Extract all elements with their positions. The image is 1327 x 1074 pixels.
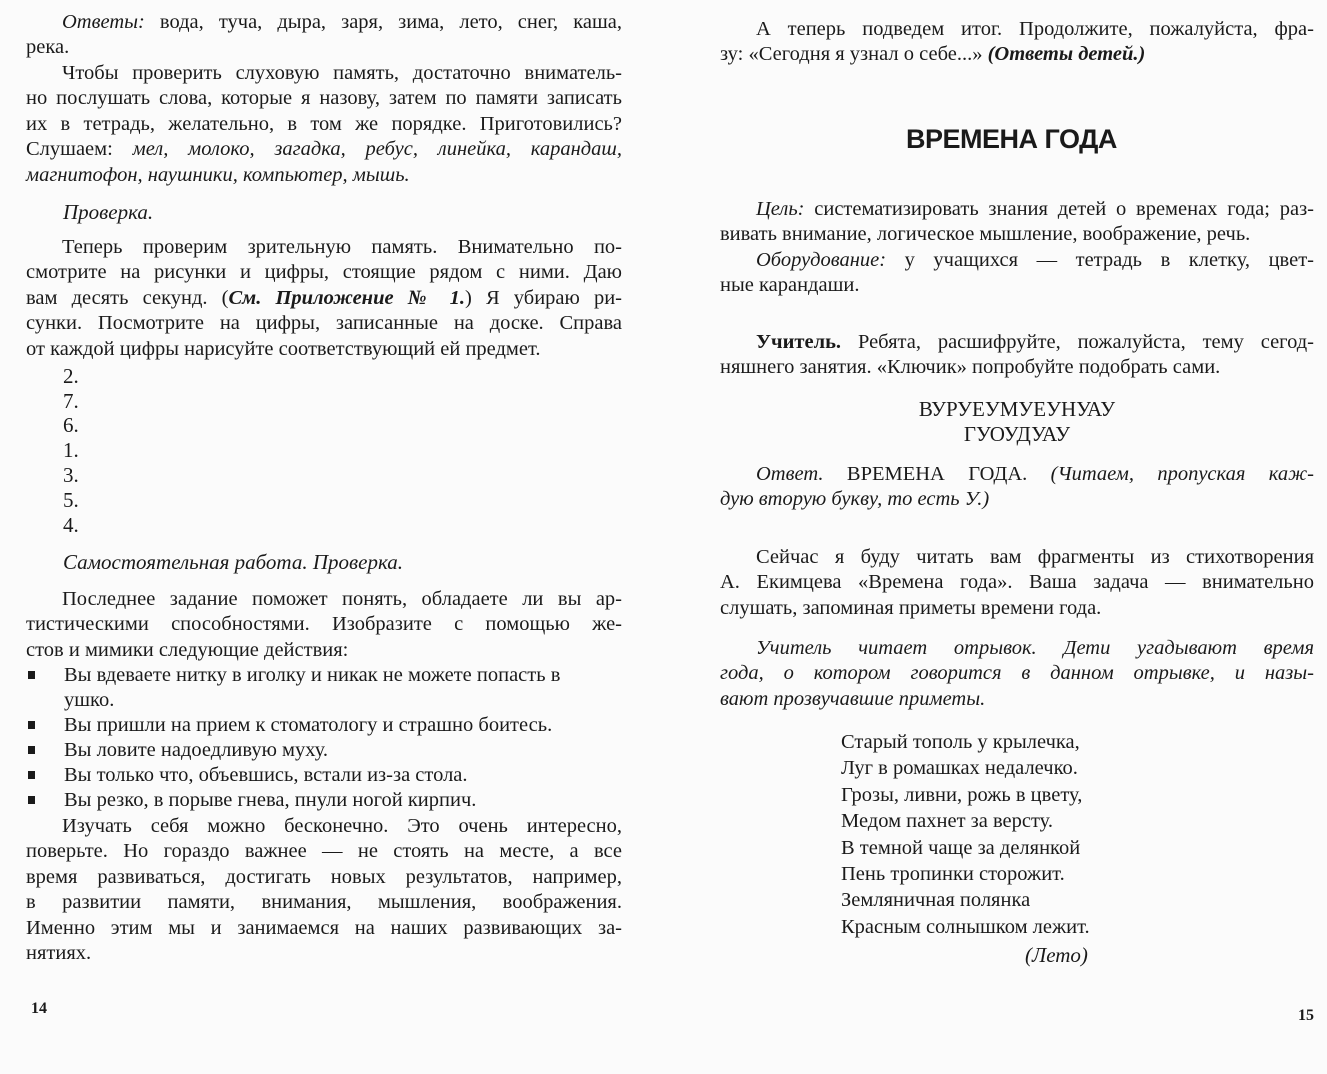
equipment-label: Оборудование: [756,249,886,271]
number-item: 5. [63,488,79,513]
number-item: 7. [63,389,79,414]
summary-paragraph: А теперь подведем итог. Продолжите, пожа… [720,17,1314,68]
answer-paragraph: Ответ. ВРЕМЕНА ГОДА. (Читаем, пропуская … [720,462,1314,513]
poem-line: Земляничная полянка [841,887,1171,913]
closing-paragraph: Изучать себя можно бесконечно. Это очень… [26,814,622,966]
poem-line: Пень тропинки сторожит. [841,861,1171,887]
last-task-paragraph: Последнее задание поможет понять, облада… [26,587,622,663]
check-heading: Проверка. [63,200,153,225]
section-title: ВРЕМЕНА ГОДА [906,124,1117,155]
bullet-icon [28,721,35,729]
answers-label: Ответы: [62,11,145,33]
number-item: 2. [63,364,79,389]
number-item: 4. [63,513,79,538]
number-item: 1. [63,438,79,463]
poem-line: Грозы, ливни, рожь в цвету, [841,782,1171,808]
poem-answer: (Лето) [1025,943,1088,968]
self-work-heading: Самостоятельная работа. Проверка. [63,550,403,575]
bullet-icon [28,671,35,679]
poem-line: Луг в ромашках недалечко. [841,755,1171,781]
poem-line: Красным солнышком лежит. [841,914,1171,940]
poem-line: Медом пахнет за версту. [841,808,1171,834]
teacher-paragraph: Учитель. Ребята, расшифруйте, пожалуйста… [720,330,1314,381]
poem-line: В темной чаще за делянкой [841,835,1171,861]
page-number: 15 [1298,1007,1314,1025]
goal-paragraph: Цель: систематизировать знания детей о в… [720,197,1314,299]
left-page: Ответы: вода, туча, дыра, заря, зима, ле… [0,0,660,1074]
hearing-paragraph: Чтобы проверить слуховую память, достато… [26,61,622,188]
bullet-icon [28,771,35,779]
cipher-line: ВУРУЕУМУЕУНУАУ [720,397,1314,422]
cipher-line: ГУОУДУАУ [720,422,1314,447]
word-list: мел, молоко, загадка, ребус, линейка, ка… [133,138,622,160]
number-item: 3. [63,463,79,488]
instruction-paragraph: Учитель читает отрывок. Дети угадывают в… [720,636,1314,712]
number-item: 6. [63,413,79,438]
poem-line: Старый тополь у крылечка, [841,729,1171,755]
appendix-reference: См. Приложение № 1. [229,287,466,309]
page-number: 14 [31,1000,47,1018]
poem: Старый тополь у крылечка, Луг в ромашках… [841,729,1171,940]
intro-paragraph: Сейчас я буду читать вам фрагменты из ст… [720,545,1314,621]
goal-label: Цель: [756,198,805,220]
teacher-label: Учитель. [756,331,841,353]
visual-paragraph: Теперь проверим зрительную память. Внима… [26,235,622,362]
bullet-icon [28,746,35,754]
bullet-icon [28,796,35,804]
answer-label: Ответ. [756,463,824,485]
answers-paragraph: Ответы: вода, туча, дыра, заря, зима, ле… [26,10,622,61]
right-page: А теперь подведем итог. Продолжите, пожа… [668,0,1327,1074]
